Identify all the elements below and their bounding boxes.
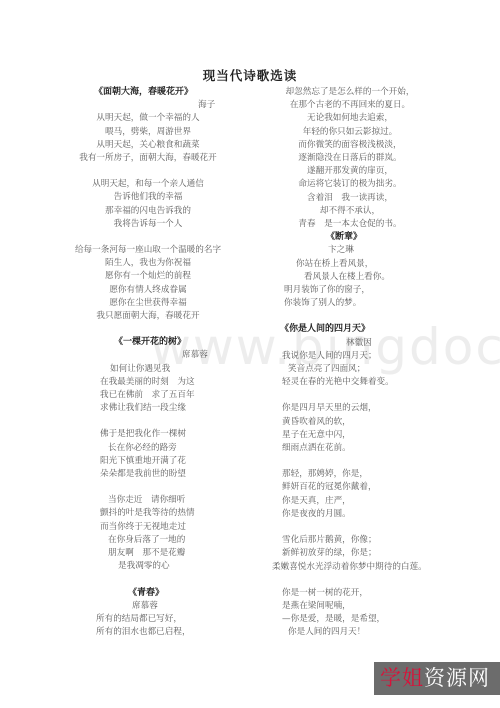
poem-author: 林徽因 xyxy=(270,337,480,350)
poem-line: 你装饰了别人的梦。 xyxy=(270,297,480,310)
poem-line: 告诉他们我的幸福 xyxy=(58,191,238,204)
poem-line: 是燕在梁间呢喃， xyxy=(282,600,480,613)
poem-title: 《你是人间的四月天》 xyxy=(270,323,480,336)
poem-line: 所有的泪水也都已启程， xyxy=(96,626,268,639)
poem-line: 那轻，那娉婷，你是， xyxy=(282,468,480,481)
poem-line: 而你微笑的面容极浅极淡， xyxy=(275,139,425,152)
poem-title: 《断章》 xyxy=(270,231,480,244)
poem-title: 《青春》 xyxy=(58,587,268,600)
poem-line: 我已在佛前 求了五百年 xyxy=(100,389,268,402)
poem-line: 青春 是一本太仓促的书。 xyxy=(275,218,425,231)
poem-line: 却忽然忘了是怎么样的一个开始， xyxy=(275,86,425,99)
poem-line: 喂马，劈柴，周游世界 xyxy=(58,126,238,139)
poem-line: 细雨点洒在花前。 xyxy=(282,442,480,455)
poem-line: 从明天起，做一个幸福的人 xyxy=(58,112,238,125)
poem-line: 鲜妍百花的冠冕你戴着， xyxy=(282,481,480,494)
poem-line: 从明天起，关心粮食和蔬菜 xyxy=(58,139,238,152)
poem-line: 无论我如何地去追索， xyxy=(275,112,425,125)
poem-line: 却不得不承认， xyxy=(275,205,425,218)
poem-line: 如何让你遇见我 xyxy=(100,363,268,376)
poem-author: 海子 xyxy=(58,99,268,112)
poem-line: 你站在桥上看风景， xyxy=(270,258,480,271)
poem-line: 在我最美丽的时刻 为这 xyxy=(100,376,268,389)
poem-line: 雪化后那片鹅黄，你像； xyxy=(282,534,480,547)
poem-line: 星子在无意中闪， xyxy=(282,429,480,442)
poem-line: 所有的结局都已写好， xyxy=(96,613,268,626)
poem-line: 在你身后落了一地的 xyxy=(100,534,268,547)
poem-line: 愿你有情人终成眷属 xyxy=(58,284,238,297)
poem-line: 命运将它装订的极为拙劣。 xyxy=(275,178,425,191)
brand-badge-part1: 学姐 xyxy=(380,666,424,690)
poem-line: 逐渐隐没在日落后的群岚。 xyxy=(275,152,425,165)
poem-line: 我有一所房子，面朝大海，春暖花开 xyxy=(58,152,238,165)
poem-line: 从明天起，和每一个亲人通信 xyxy=(58,178,238,191)
poem-line: 愿你在尘世获得幸福 xyxy=(58,297,238,310)
poem-line: 给每一条河每一座山取一个温暖的名字 xyxy=(58,244,238,257)
poem-line: 朋友啊 那不是花瓣 xyxy=(100,547,268,560)
brand-badge[interactable]: 学姐资源网 xyxy=(374,662,500,695)
poem-line: 你是夜夜的月圆。 xyxy=(282,508,480,521)
poem-line: 在那个古老的不再回来的夏日。 xyxy=(275,99,425,112)
poem-line: 笑音点亮了四面风； xyxy=(282,363,480,376)
poem-line: 佛于是把我化作一棵树 xyxy=(100,428,268,441)
poem-line: 黄昏吹着风的软， xyxy=(282,416,480,429)
poem-line: 我将告诉每一个人 xyxy=(58,218,238,231)
poem-line: —你是爱，是暖，是希望， xyxy=(282,613,480,626)
poem-line: 求佛让我们结一段尘缘 xyxy=(100,402,268,415)
poem-line: 当你走近 请你细听 xyxy=(100,494,268,507)
poem-line: 朵朵都是我前世的盼望 xyxy=(100,468,268,481)
poem-line: 愿你有一个灿烂的前程 xyxy=(58,270,238,283)
poem-line: 明月装饰了你的窗子， xyxy=(270,284,480,297)
poem-line: 阳光下慎重地开满了花 xyxy=(100,455,268,468)
poem-line: 遂翻开那发黄的扉页， xyxy=(275,165,425,178)
poem-line: 那幸福的闪电告诉我的 xyxy=(58,205,238,218)
poem-line: 我说你是人间的四月天； xyxy=(282,350,480,363)
poem-line: 颤抖的叶是我等待的热情 xyxy=(100,507,268,520)
poem-line: 而当你终于无视地走过 xyxy=(100,521,268,534)
poem-line: 柔嫩喜悦水光浮动着你梦中期待的白莲。 xyxy=(272,561,480,574)
brand-badge-part2: 资源网 xyxy=(424,666,490,690)
right-column: 却忽然忘了是怎么样的一个开始， 在那个古老的不再回来的夏日。 无论我如何地去追索… xyxy=(270,86,480,640)
poem-title: 《一棵开花的树》 xyxy=(58,336,268,349)
poem-line: 你是天真，庄严， xyxy=(282,495,480,508)
document-title: 现当代诗歌选读 xyxy=(0,66,500,84)
poem-line: 新鲜初放芽的绿，你是； xyxy=(282,547,480,560)
poem-line: 陌生人，我也为你祝福 xyxy=(58,257,238,270)
poem-title: 《面朝大海，春暖花开》 xyxy=(58,86,268,99)
poem-author: 卞之琳 xyxy=(270,244,480,257)
poem-line: 你是四月早天里的云烟， xyxy=(282,402,480,415)
poem-line: 长在你必经的路旁 xyxy=(100,442,268,455)
poem-author: 席慕蓉 xyxy=(58,349,268,362)
poem-line: 我只愿面朝大海，春暖花开 xyxy=(58,310,238,323)
left-column: 《面朝大海，春暖花开》 海子 从明天起，做一个幸福的人 喂马，劈柴，周游世界 从… xyxy=(58,86,268,639)
poem-author: 席慕蓉 xyxy=(58,600,268,613)
poem-line: 你是人间的四月天！ xyxy=(282,626,480,639)
poem-line: 你是一树一树的花开， xyxy=(282,587,480,600)
poem-line: 含着泪 我一读再读， xyxy=(275,192,425,205)
poem-line: 看风景人在楼上看你。 xyxy=(270,271,480,284)
poem-line: 轻灵在春的光艳中交舞着变。 xyxy=(282,376,480,389)
poem-line: 是我凋零的心 xyxy=(100,560,268,573)
poem-line: 年轻的你只如云影掠过。 xyxy=(275,126,425,139)
